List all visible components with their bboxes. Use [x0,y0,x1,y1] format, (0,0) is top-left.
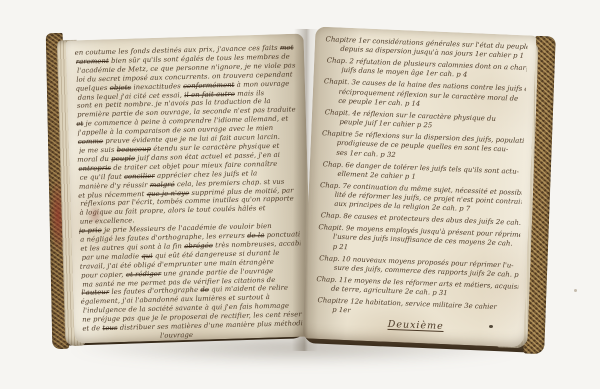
struck-words: tous [102,324,117,332]
struck-words: entrepris [78,164,111,173]
handwritten-words: inexactitudes [131,82,183,91]
handwritten-words: dans lequel j'ai cité cet essai, [78,91,185,102]
handwritten-words: quelques [75,84,109,93]
struck-words: mot [280,43,294,51]
chapter-entry: Chapitre 5e réflexions sur la dispersion… [321,129,524,165]
handwritten-words: mais ils [235,89,264,98]
struck-words: conformément [183,80,235,89]
ink-fleck [574,289,577,292]
struck-words: et rédiger [126,269,162,278]
struck-words: objets [110,83,132,92]
struck-words: abrégée [184,241,213,250]
chapter-entry: Chap. 7e continuation du même sujet, néc… [319,181,522,217]
struck-words: que je n'aye [147,188,190,197]
struck-words: qui [141,252,152,260]
handwritten-words: apprécier chez les juifs et la [155,169,258,180]
struck-words: rarement [76,57,109,66]
handwritten-words: l'ouvrage [160,331,193,340]
struck-words: beaucoup [117,145,151,154]
handwritten-words: je me suis [79,146,117,155]
handwritten-words: ce qu'il faut [80,172,125,181]
handwritten-words: et de [82,324,102,332]
struck-words: comme [78,137,104,146]
struck-words: peuple [111,154,135,163]
handwritten-words: une excellence. [80,217,135,226]
ink-fleck [489,325,493,328]
struck-words: l'auteur [81,288,109,297]
struck-words: malgré [150,180,175,189]
handwritten-words: à mon ouvrage [234,79,289,88]
struck-words: de la [247,231,264,239]
left-page-text: en coutume les fonds destinés aux prix, … [66,34,311,343]
foxing-spot [90,208,100,222]
handwritten-words: ponctuation [264,230,300,239]
chapter-entry: Chapit. 9e moyens employés jusqu'à prése… [317,223,520,259]
struck-words: concilier [124,172,155,181]
handwritten-words: par une maladie [82,252,142,261]
photo-open-manuscript-book: en coutume les fonds destinés aux prix, … [0,0,600,389]
handwritten-words: pour copier, [81,270,126,279]
struck-words: de [200,286,209,294]
chapter-entry: Chapit. 3e causes de la haine des nation… [323,78,526,114]
struck-words: il en fait autre [184,89,235,98]
right-manuscript-page: Chapitre 1er considérations générales su… [303,27,537,348]
left-manuscript-page: en coutume les fonds destinés aux prix, … [66,34,313,344]
struck-words: je prie [79,226,102,235]
handwritten-words: moral du [77,155,111,164]
toc-entries: Chapitre 1er considérations générales su… [304,27,536,335]
